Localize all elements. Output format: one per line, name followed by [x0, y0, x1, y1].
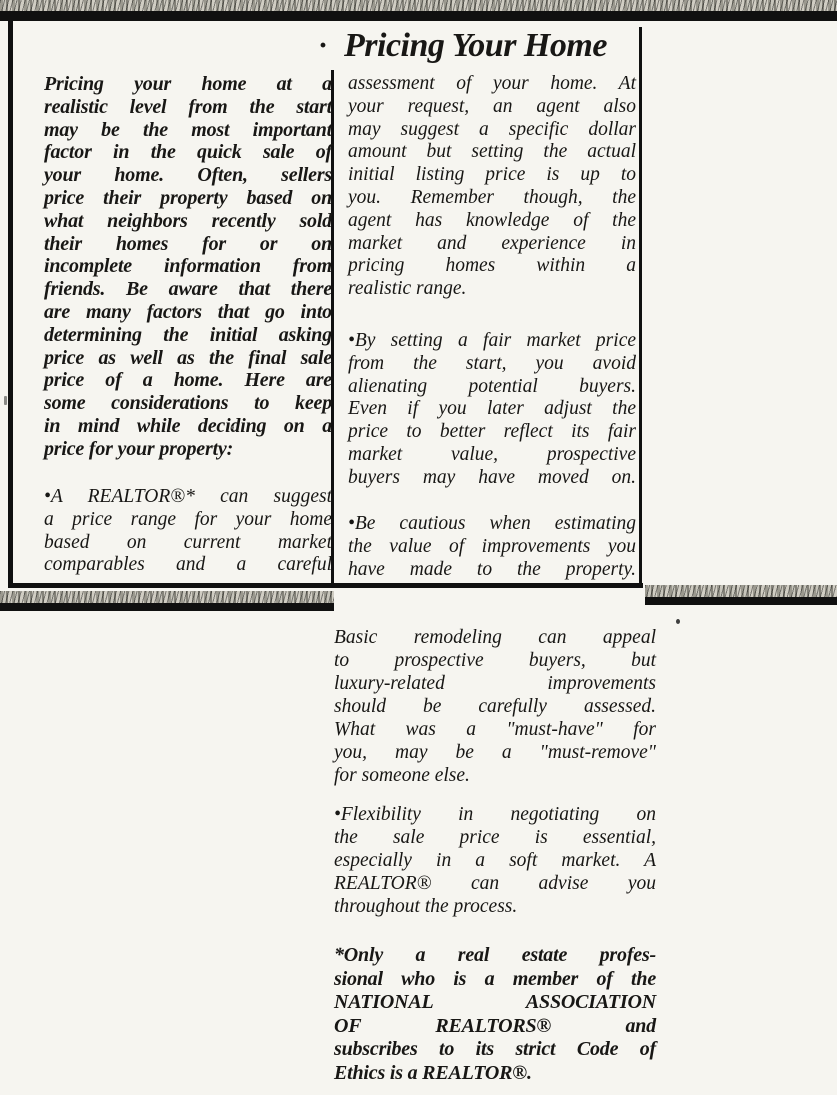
title-prefix-dot: · [318, 31, 328, 61]
article-box-left-border [8, 21, 13, 588]
scanned-newsletter-page: · Pricing Your Home Pricing your home at… [0, 0, 837, 1095]
paragraph-bullet-flexibility: •Flexibility in negotiating onthe sale p… [334, 803, 656, 918]
scan-speck [231, 426, 234, 429]
paragraph-assessment: assessment of your home. Atyour request,… [348, 73, 636, 301]
paragraph-intro: Pricing your home at arealistic level fr… [44, 73, 332, 461]
paragraph-bullet-fair-market: •By setting a fair market pricefrom the … [348, 330, 636, 490]
article-title-row: · Pricing Your Home [318, 27, 607, 64]
article-title: Pricing Your Home [344, 27, 607, 64]
bottom-ornamental-border-right [645, 585, 837, 605]
paragraph-bullet-realtor: •A REALTOR®* can suggesta price range fo… [44, 486, 332, 577]
article-box-bottom-border [8, 583, 643, 588]
scan-speck [676, 619, 680, 624]
paragraph-remodeling: Basic remodeling can appealto prospectiv… [334, 626, 656, 787]
top-ornamental-border [0, 0, 837, 21]
paragraph-footnote: *Only a real estate profes-sional who is… [334, 944, 656, 1086]
column-divider-right [639, 27, 642, 583]
scan-speck [4, 396, 7, 405]
paragraph-bullet-cautious: •Be cautious when estimatingthe value of… [348, 513, 636, 581]
bottom-ornamental-border-left [0, 591, 334, 611]
